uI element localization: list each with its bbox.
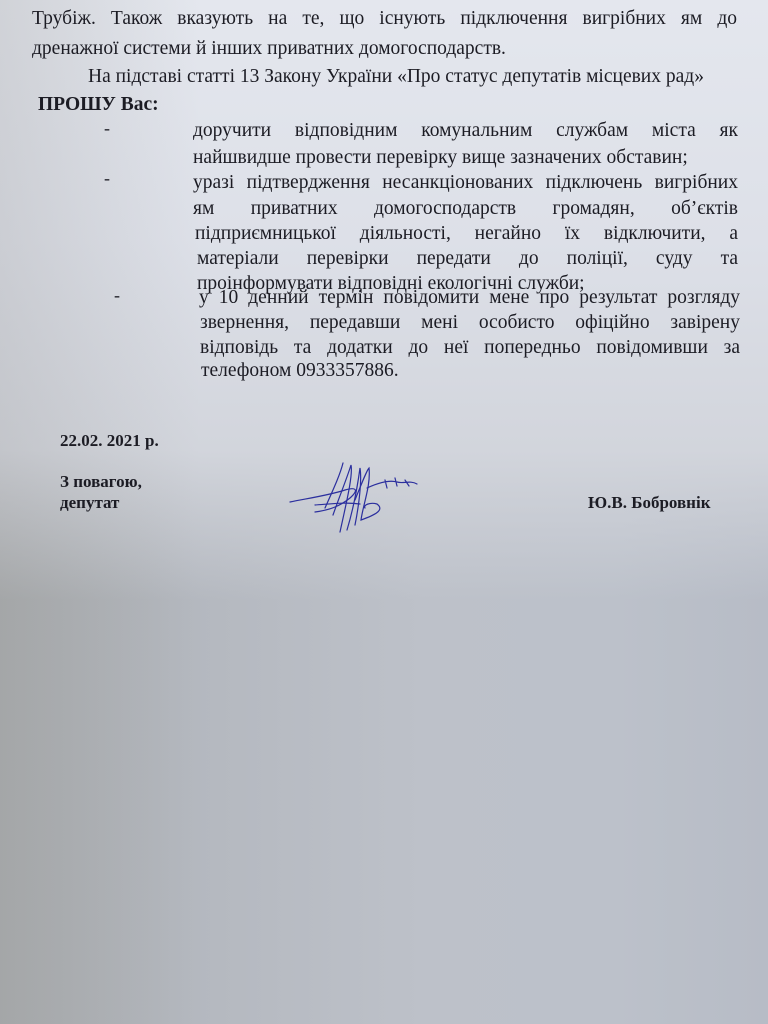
- request-1-marker: -: [104, 118, 110, 139]
- request-3-line-3: відповідь та додатки до неї попередньо п…: [200, 337, 740, 359]
- request-2-line-3: підприємницької діяльності, негайно їх в…: [195, 223, 738, 245]
- request-2-line-2: ям приватних домогосподарств громадян, о…: [193, 198, 738, 220]
- document-date: 22.02. 2021 р.: [60, 430, 159, 452]
- request-3-line-4: телефоном 0933357886.: [201, 360, 399, 382]
- request-1-line-1: доручити відповідним комунальним службам…: [193, 120, 738, 142]
- legal-basis: На підставі статті 13 Закону України «Пр…: [88, 66, 738, 88]
- request-1-line-2: найшвидше провести перевірку вище зазнач…: [193, 147, 688, 169]
- request-2-line-1: уразі підтвердження несанкціонованих під…: [193, 172, 738, 194]
- request-heading: ПРОШУ Вас:: [38, 94, 159, 116]
- handwritten-signature-icon: [285, 460, 425, 535]
- signer-name: Ю.В. Бобровнік: [588, 492, 711, 514]
- intro-line-1: Трубіж. Також вказують на те, що існують…: [32, 8, 737, 30]
- request-3-line-1: у 10 денний термін повідомити мене про р…: [199, 287, 740, 309]
- intro-line-2: дренажної системи й інших приватних домо…: [32, 38, 506, 60]
- request-3-line-2: звернення, передавши мені особисто офіці…: [200, 312, 740, 334]
- request-3-marker: -: [114, 285, 120, 306]
- closing-text: З повагою,: [60, 471, 142, 493]
- request-2-marker: -: [104, 168, 110, 189]
- signer-position: депутат: [60, 492, 119, 514]
- request-2-line-4: матеріали перевірки передати до поліції,…: [197, 248, 738, 270]
